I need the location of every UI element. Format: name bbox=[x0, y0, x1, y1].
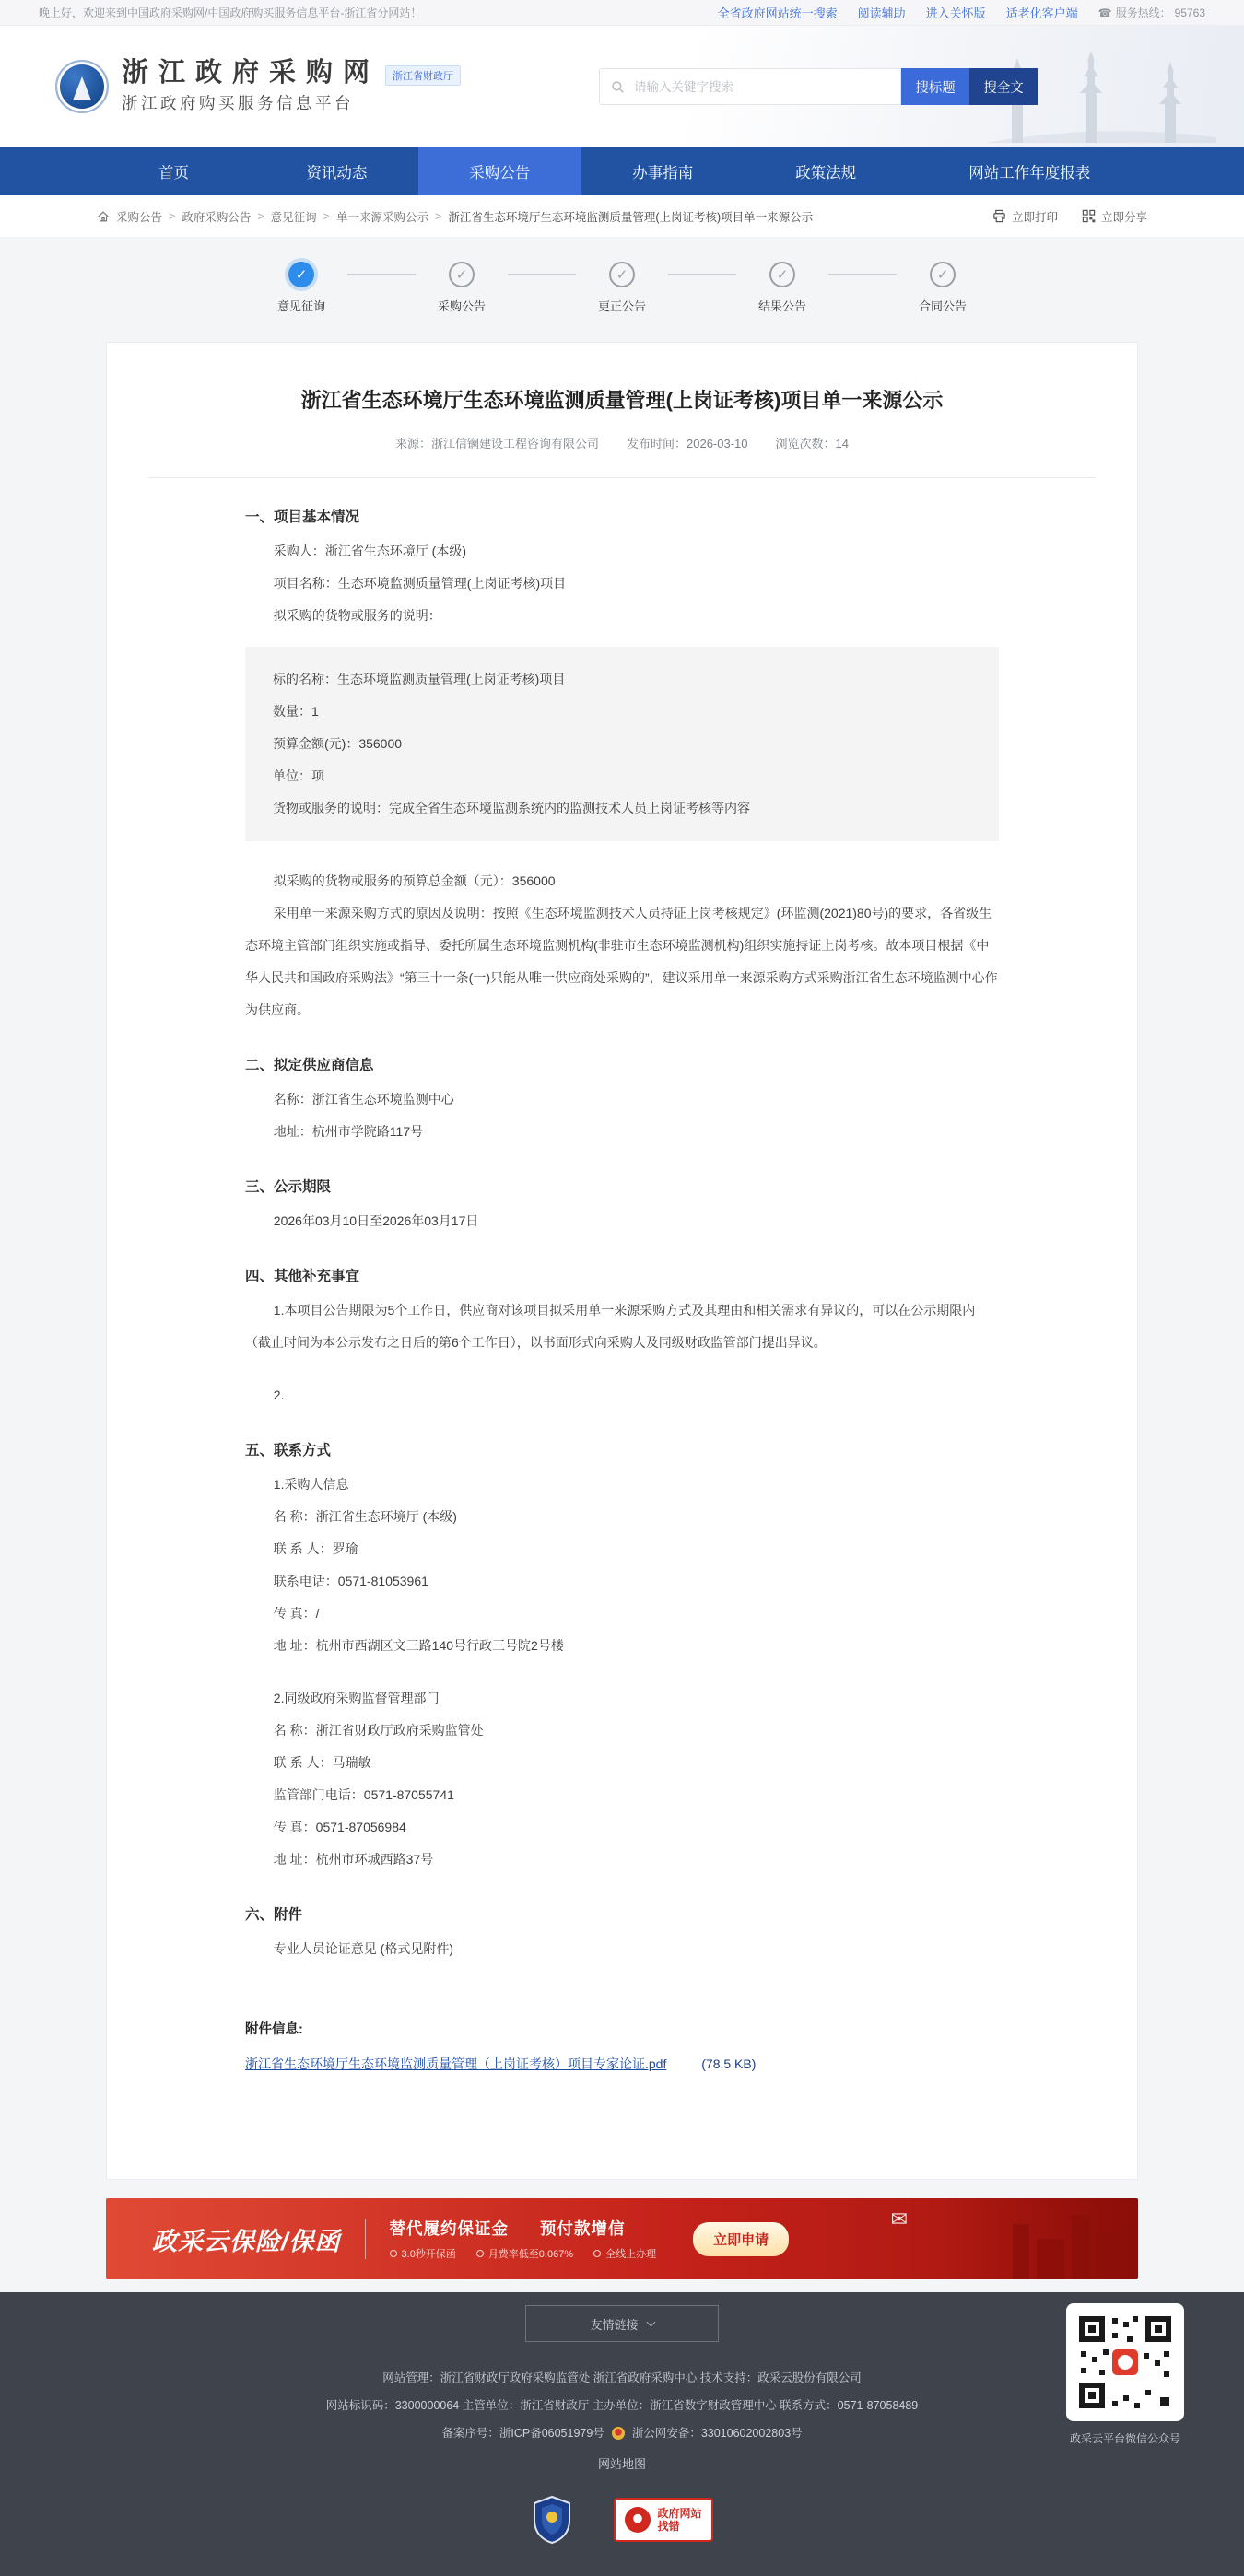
attachment-file-link[interactable]: 浙江省生态环境厅生态环境监测质量管理（上岗证考核）项目专家论证.pdf bbox=[245, 2056, 666, 2071]
article-body: 一、项目基本情况 采购人：浙江省生态环境厅 (本级) 项目名称：生态环境监测质量… bbox=[245, 506, 999, 2073]
supplier-address-line: 地址：杭州市学院路117号 bbox=[245, 1116, 999, 1148]
article-publish-time: 发布时间：2026-03-10 bbox=[627, 434, 748, 451]
article-title: 浙江省生态环境厅生态环境监测质量管理(上岗证考核)项目单一来源公示 bbox=[148, 385, 1096, 416]
ring-icon bbox=[390, 2250, 397, 2257]
supervisor-phone: 监管部门电话：0571-87055741 bbox=[245, 1779, 999, 1811]
breadcrumb-bar: 采购公告> 政府采购公告> 意见征询> 单一来源采购公示> 浙江省生态环境厅生态… bbox=[0, 195, 1244, 238]
breadcrumb-link-gov-notices[interactable]: 政府采购公告 bbox=[182, 208, 251, 225]
section-5-heading: 五、联系方式 bbox=[245, 1439, 999, 1459]
purchaser-info-label: 1.采购人信息 bbox=[245, 1469, 999, 1501]
breadcrumb-link-single-source[interactable]: 单一来源采购公示 bbox=[336, 208, 428, 225]
chevron-down-icon bbox=[646, 2317, 655, 2326]
home-icon[interactable] bbox=[97, 210, 110, 223]
supplement-para-2: 2. bbox=[245, 1379, 999, 1411]
banner-brand: 政采云保险/保函 bbox=[152, 2221, 341, 2257]
footer-badges: 政府网站 找错 bbox=[0, 2495, 1244, 2545]
goods-desc-label-line: 拟采购的货物或服务的说明： bbox=[245, 600, 999, 632]
supervisor-contact-person: 联 系 人：马瑞敏 bbox=[245, 1747, 999, 1779]
section-3-heading: 三、公示期限 bbox=[245, 1176, 999, 1196]
nav-item-procurement-notices[interactable]: 采购公告 bbox=[418, 147, 581, 195]
total-budget-line: 拟采购的货物或服务的预算总金额（元）：356000 bbox=[245, 865, 999, 897]
section-4-heading: 四、其他补充事宜 bbox=[245, 1265, 999, 1285]
search-fulltext-button[interactable]: 搜全文 bbox=[969, 68, 1038, 105]
section-6-heading: 六、附件 bbox=[245, 1903, 999, 1924]
banner-bullet-2: 月费率低至0.067% bbox=[476, 2246, 573, 2261]
project-name-line: 项目名称：生态环境监测质量管理(上岗证考核)项目 bbox=[245, 568, 999, 600]
footer-management-line: 网站管理：浙江省财政厅政府采购监管处 浙江省政府采购中心 技术支持：政采云股份有… bbox=[0, 2364, 1244, 2392]
wechat-qr-block: 政采云平台微信公众号 bbox=[1060, 2303, 1191, 2446]
police-shield-badge bbox=[531, 2495, 573, 2545]
error-badge-line1: 政府网站 bbox=[657, 2507, 701, 2520]
subject-info-box: 标的名称：生态环境监测质量管理(上岗证考核)项目 数量：1 预算金额(元)：35… bbox=[245, 647, 999, 841]
icp-record-text: 备案序号：浙ICP备06051979号 bbox=[441, 2419, 604, 2447]
site-brand: 浙江政府采购网 浙江省财政厅 浙江政府购买服务信息平台 bbox=[122, 59, 461, 115]
error-badge-line2: 找错 bbox=[657, 2520, 701, 2533]
purchaser-line: 采购人：浙江省生态环境厅 (本级) bbox=[245, 535, 999, 568]
topbar-link-reading-aid[interactable]: 阅读辅助 bbox=[858, 4, 906, 21]
unit-line: 单位：项 bbox=[273, 760, 971, 792]
article-view-count: 浏览次数：14 bbox=[776, 434, 849, 451]
check-circle-icon: ✓ bbox=[930, 262, 956, 287]
article-source: 来源：浙江信镧建设工程咨询有限公司 bbox=[395, 434, 599, 451]
publicity-period-line: 2026年03月10日至2026年03月17日 bbox=[245, 1205, 999, 1237]
purchaser-contact-address: 地 址：杭州市西湖区文三路140号行政三号院2号楼 bbox=[245, 1630, 999, 1662]
share-button[interactable]: 立即分享 bbox=[1082, 208, 1147, 225]
step-procurement-notice: ✓ 采购公告 bbox=[417, 262, 506, 314]
supervisor-name: 名 称：浙江省财政厅政府采购监管处 bbox=[245, 1715, 999, 1747]
search-box bbox=[599, 68, 901, 105]
attachment-label: 附件信息: bbox=[245, 2019, 999, 2038]
banner-city-decoration bbox=[940, 2198, 1138, 2279]
step-connector bbox=[508, 274, 576, 275]
service-desc-line: 货物或服务的说明：完成全省生态环境监测系统内的监测技术人员上岗证考核等内容 bbox=[273, 792, 971, 825]
friend-links-dropdown[interactable]: 友情链接 bbox=[525, 2305, 719, 2342]
single-source-reason-para: 采用单一来源采购方式的原因及说明：按照《生态环境监测技术人员持证上岗考核规定》(… bbox=[245, 897, 999, 1026]
print-button[interactable]: 立即打印 bbox=[992, 208, 1058, 225]
step-result-notice: ✓ 结果公告 bbox=[738, 262, 827, 314]
gov-site-error-report-badge[interactable]: 政府网站 找错 bbox=[614, 2498, 712, 2542]
nav-item-home[interactable]: 首页 bbox=[92, 147, 255, 195]
quantity-line: 数量：1 bbox=[273, 696, 971, 728]
notice-stage-stepper: ✓ 意见征询 ✓ 采购公告 ✓ 更正公告 ✓ 结果公告 ✓ 合同公告 bbox=[0, 262, 1244, 314]
banner-feature-1: 替代履约保证金 bbox=[390, 2217, 510, 2240]
subject-name-line: 标的名称：生态环境监测质量管理(上岗证考核)项目 bbox=[273, 663, 971, 696]
breadcrumb-link-opinion[interactable]: 意见征询 bbox=[271, 208, 317, 225]
supplier-name-line: 名称：浙江省生态环境监测中心 bbox=[245, 1083, 999, 1116]
check-circle-icon: ✓ bbox=[288, 262, 314, 287]
ring-icon bbox=[593, 2250, 601, 2257]
envelope-icon: ✉ bbox=[891, 2207, 908, 2231]
divider bbox=[148, 477, 1096, 478]
sitemap-link[interactable]: 网站地图 bbox=[0, 2451, 1244, 2478]
appendix-note-line: 专业人员论证意见 (格式见附件) bbox=[245, 1933, 999, 1965]
banner-bullet-1: 3.0秒开保函 bbox=[390, 2246, 456, 2261]
red-seal-icon bbox=[625, 2507, 651, 2533]
supplement-para-1: 1.本项目公告期限为5个工作日，供应商对该项目拟采用单一来源采购方式及其理由和相… bbox=[245, 1294, 999, 1359]
printer-icon bbox=[992, 209, 1006, 223]
footer-info-lines: 网站管理：浙江省财政厅政府采购监管处 浙江省政府采购中心 技术支持：政采云股份有… bbox=[0, 2364, 1244, 2447]
site-footer: 友情链接 网站管理：浙江省财政厅政府采购监管处 浙江省政府采购中心 技术支持：政… bbox=[0, 2292, 1244, 2576]
supervisor-address: 地 址：杭州市环城西路37号 bbox=[245, 1844, 999, 1876]
purchaser-contact-person: 联 系 人：罗瑜 bbox=[245, 1533, 999, 1565]
footer-identifier-line: 网站标识码：3300000064 主管单位：浙江省财政厅 主办单位：浙江省数字财… bbox=[0, 2392, 1244, 2419]
check-circle-icon: ✓ bbox=[449, 262, 475, 287]
step-connector bbox=[668, 274, 736, 275]
section-1-heading: 一、项目基本情况 bbox=[245, 506, 999, 526]
breadcrumb-current: 浙江省生态环境厅生态环境监测质量管理(上岗证考核)项目单一来源公示 bbox=[448, 208, 813, 225]
budget-line: 预算金额(元)：356000 bbox=[273, 728, 971, 760]
check-circle-icon: ✓ bbox=[609, 262, 635, 287]
purchaser-contact-phone: 联系电话：0571-81053961 bbox=[245, 1565, 999, 1598]
breadcrumb: 采购公告> 政府采购公告> 意见征询> 单一来源采购公示> 浙江省生态环境厅生态… bbox=[97, 208, 992, 225]
purchaser-contact-fax: 传 真：/ bbox=[245, 1598, 999, 1630]
attachment-file-size: (78.5 KB) bbox=[701, 2056, 756, 2071]
main-nav: 首页 资讯动态 采购公告 办事指南 政策法规 网站工作年度报表 bbox=[0, 147, 1244, 195]
welcome-text: 晚上好，欢迎来到中国政府采购网/中国政府购买服务信息平台-浙江省分网站！ bbox=[39, 5, 421, 20]
public-security-emblem-icon bbox=[612, 2427, 625, 2440]
supervisor-info-label: 2.同级政府采购监督管理部门 bbox=[245, 1682, 999, 1715]
step-correction-notice: ✓ 更正公告 bbox=[578, 262, 666, 314]
step-connector bbox=[347, 274, 416, 275]
qr-code-label: 政采云平台微信公众号 bbox=[1060, 2430, 1191, 2446]
banner-bullet-3: 全线上办理 bbox=[593, 2246, 656, 2261]
banner-divider bbox=[365, 2219, 366, 2259]
ring-icon bbox=[476, 2250, 484, 2257]
banner-feature-2: 预付款增信 bbox=[540, 2217, 626, 2240]
topbar-link-unified-search[interactable]: 全省政府网站统一搜索 bbox=[718, 4, 838, 21]
topbar: 晚上好，欢迎来到中国政府采购网/中国政府购买服务信息平台-浙江省分网站！ 全省政… bbox=[0, 0, 1244, 26]
nav-item-guide[interactable]: 办事指南 bbox=[581, 147, 745, 195]
footer-record-line: 备案序号：浙ICP备06051979号 浙公网安备：33010602002803… bbox=[0, 2419, 1244, 2447]
site-subtitle: 浙江政府购买服务信息平台 bbox=[122, 91, 461, 114]
topbar-link-care-version[interactable]: 进入关怀版 bbox=[926, 4, 986, 21]
topbar-links: 全省政府网站统一搜索 阅读辅助 进入关怀版 适老化客户端 ☎ 服务热线：9576… bbox=[718, 4, 1205, 21]
service-hotline: ☎ 服务热线：95763 bbox=[1098, 5, 1205, 20]
site-logo bbox=[55, 60, 109, 113]
nav-item-annual-report[interactable]: 网站工作年度报表 bbox=[908, 147, 1152, 195]
step-contract-notice: ✓ 合同公告 bbox=[898, 262, 987, 314]
qr-share-icon bbox=[1082, 209, 1096, 223]
purchaser-contact-name: 名 称：浙江省生态环境厅 (本级) bbox=[245, 1501, 999, 1533]
supervisor-fax: 传 真：0571-87056984 bbox=[245, 1811, 999, 1844]
phone-icon: ☎ bbox=[1098, 6, 1112, 19]
finance-dept-badge: 浙江省财政厅 bbox=[385, 65, 461, 86]
topbar-link-elderly-client[interactable]: 适老化客户端 bbox=[1006, 4, 1078, 21]
nav-item-news[interactable]: 资讯动态 bbox=[255, 147, 418, 195]
search-title-button[interactable]: 搜标题 bbox=[901, 68, 969, 105]
breadcrumb-link-notices[interactable]: 采购公告 bbox=[116, 208, 162, 225]
nav-item-policies[interactable]: 政策法规 bbox=[745, 147, 908, 195]
site-title: 浙江政府采购网 bbox=[122, 59, 380, 88]
article-meta: 来源：浙江信镧建设工程咨询有限公司 发布时间：2026-03-10 浏览次数：1… bbox=[148, 434, 1096, 451]
banner-apply-button[interactable]: 立即申请 bbox=[693, 2222, 789, 2256]
zcy-insurance-banner: 政采云保险/保函 替代履约保证金 预付款增信 3.0秒开保函 月费率低至0.06… bbox=[106, 2198, 1138, 2279]
site-header: 浙江政府采购网 浙江省财政厅 浙江政府购买服务信息平台 搜标题 搜全文 bbox=[0, 26, 1244, 147]
attachment-block: 附件信息: 浙江省生态环境厅生态环境监测质量管理（上岗证考核）项目专家论证.pd… bbox=[245, 2019, 999, 2073]
gongan-record-text: 浙公网安备：33010602002803号 bbox=[632, 2419, 803, 2447]
qr-code-image bbox=[1066, 2303, 1184, 2421]
section-2-heading: 二、拟定供应商信息 bbox=[245, 1054, 999, 1074]
step-opinion: ✓ 意见征询 bbox=[257, 262, 346, 314]
notice-article-card: 浙江省生态环境厅生态环境监测质量管理(上岗证考核)项目单一来源公示 来源：浙江信… bbox=[106, 342, 1138, 2180]
search-icon bbox=[611, 80, 625, 94]
search-bar: 搜标题 搜全文 bbox=[599, 68, 1038, 105]
step-connector bbox=[828, 274, 897, 275]
check-circle-icon: ✓ bbox=[769, 262, 795, 287]
search-input[interactable] bbox=[632, 79, 889, 95]
